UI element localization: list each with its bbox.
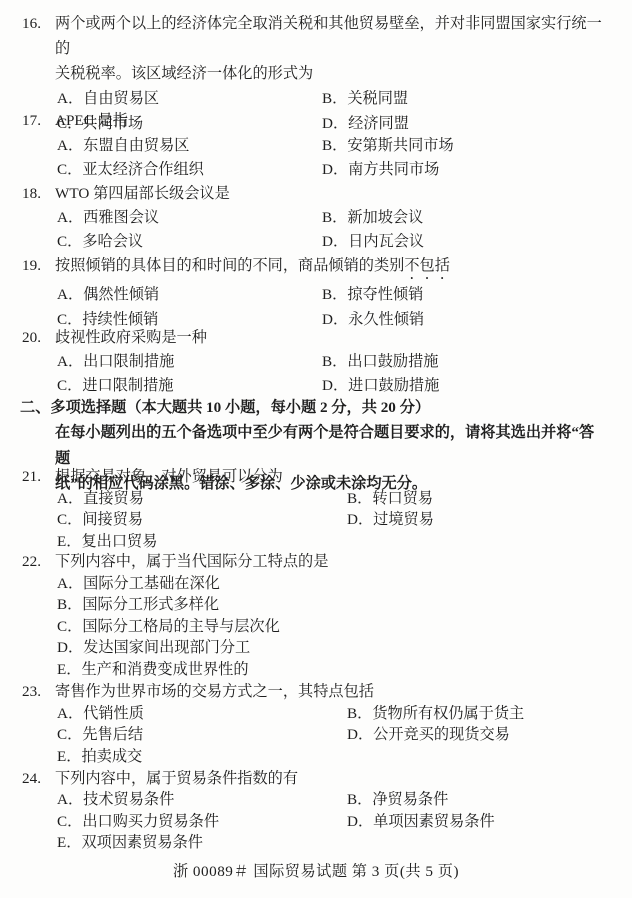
option-24-e: E．双项因素贸易条件 [57,832,203,853]
question-number: 21. [22,466,55,488]
option-20-a: A．出口限制措施 [57,350,322,374]
question-number: 19. [22,254,55,283]
page-footer: 浙 00089＃ 国际贸易试题 第 3 页(共 5 页) [0,862,632,882]
option-24-c: C．出口购买力贸易条件 [57,811,347,832]
question-18-options: A．西雅图会议 B．新加坡会议 C．多哈会议 D．日内瓦会议 [57,206,608,254]
option-row: C．进口限制措施 D．进口鼓励措施 [57,374,608,398]
option-row: C．出口购买力贸易条件 D．单项因素贸易条件 [57,811,608,832]
option-row: C．间接贸易 D．过境贸易 [57,509,608,531]
question-21: 21. 根据交易对象，对外贸易可以分为 A．直接贸易 B．转口贸易 C．间接贸易… [22,466,608,553]
option-23-c: C．先售后结 [57,724,347,746]
question-number: 23. [22,681,55,703]
option-row: A．技术贸易条件 B．净贸易条件 [57,789,608,810]
option-22-a: A．国际分工基础在深化 [57,573,220,595]
option-20-d: D．进口鼓励措施 [322,374,439,398]
question-18: 18. WTO 第四届部长级会议是 A．西雅图会议 B．新加坡会议 C．多哈会议… [22,182,608,254]
option-17-a: A．东盟自由贸易区 [57,134,322,159]
section-2-heading: 二、多项选择题（本大题共 10 小题，每小题 2 分，共 20 分） [20,396,606,420]
question-text: 下列内容中，属于当代国际分工特点的是 [55,551,608,573]
instructions-line: 在每小题列出的五个备选项中至少有两个是符合题目要求的，请将其选出并将“答题 [55,420,607,471]
question-21-head: 21. 根据交易对象，对外贸易可以分为 [22,466,608,488]
question-16-head: 16. 两个或两个以上的经济体完全取消关税和其他贸易壁垒，并对非同盟国家实行统一… [22,11,608,86]
option-16-b: B．关税同盟 [322,86,408,111]
option-row: A．国际分工基础在深化 [57,573,608,595]
question-24: 24. 下列内容中，属于贸易条件指数的有 A．技术贸易条件 B．净贸易条件 C．… [22,768,608,853]
option-21-d: D．过境贸易 [347,509,434,531]
option-22-d: D．发达国家间出现部门分工 [57,637,250,659]
question-17: 17. APEC 是指 A．东盟自由贸易区 B．安第斯共同市场 C．亚太经济合作… [22,109,608,183]
question-text-line: 关税税率。该区域经济一体化的形式为 [55,61,608,86]
question-24-head: 24. 下列内容中，属于贸易条件指数的有 [22,768,608,789]
option-22-c: C．国际分工格局的主导与层次化 [57,616,280,638]
question-22: 22. 下列内容中，属于当代国际分工特点的是 A．国际分工基础在深化 B．国际分… [22,551,608,680]
question-18-head: 18. WTO 第四届部长级会议是 [22,182,608,206]
option-row: A．东盟自由贸易区 B．安第斯共同市场 [57,134,608,159]
option-23-d: D．公开竞买的现货交易 [347,724,510,746]
question-text: 按照倾销的具体目的和时间的不同，商品倾销的类别不包括 [55,254,608,283]
option-19-a: A．偶然性倾销 [57,283,322,308]
question-17-options: A．东盟自由贸易区 B．安第斯共同市场 C．亚太经济合作组织 D．南方共同市场 [57,134,608,183]
option-row: D．发达国家间出现部门分工 [57,637,608,659]
question-text-line: 两个或两个以上的经济体完全取消关税和其他贸易壁垒，并对非同盟国家实行统一的 [55,11,608,61]
question-22-head: 22. 下列内容中，属于当代国际分工特点的是 [22,551,608,573]
option-row: E．双项因素贸易条件 [57,832,608,853]
option-17-b: B．安第斯共同市场 [322,134,454,159]
option-row: A．自由贸易区 B．关税同盟 [57,86,608,111]
option-23-a: A．代销性质 [57,703,347,725]
option-row: A．偶然性倾销 B．掠夺性倾销 [57,283,608,308]
option-row: B．国际分工形式多样化 [57,594,608,616]
question-19: 19. 按照倾销的具体目的和时间的不同，商品倾销的类别不包括 A．偶然性倾销 B… [22,254,608,332]
option-row: E．拍卖成交 [57,746,608,768]
option-17-c: C．亚太经济合作组织 [57,158,322,183]
option-row: C．国际分工格局的主导与层次化 [57,616,608,638]
option-row: A．出口限制措施 B．出口鼓励措施 [57,350,608,374]
option-21-e: E．复出口贸易 [57,531,157,553]
option-row: E．复出口贸易 [57,531,608,553]
question-text-plain: 按照倾销的具体目的和时间的不同，商品倾销的类别 [55,257,404,274]
option-21-b: B．转口贸易 [347,488,433,510]
option-21-a: A．直接贸易 [57,488,347,510]
question-text: APEC 是指 [55,109,608,134]
question-number: 20. [22,326,55,350]
option-17-d: D．南方共同市场 [322,158,439,183]
question-20: 20. 歧视性政府采购是一种 A．出口限制措施 B．出口鼓励措施 C．进口限制措… [22,326,608,398]
question-number: 17. [22,109,55,134]
question-number: 22. [22,551,55,573]
question-19-options: A．偶然性倾销 B．掠夺性倾销 C．持续性倾销 D．永久性倾销 [57,283,608,332]
question-text: 寄售作为世界市场的交易方式之一，其特点包括 [55,681,608,703]
option-20-c: C．进口限制措施 [57,374,322,398]
question-number: 16. [22,11,55,86]
option-22-b: B．国际分工形式多样化 [57,594,219,616]
option-19-b: B．掠夺性倾销 [322,283,423,308]
question-text: 歧视性政府采购是一种 [55,326,608,350]
question-number: 18. [22,182,55,206]
question-23-head: 23. 寄售作为世界市场的交易方式之一，其特点包括 [22,681,608,703]
option-row: A．西雅图会议 B．新加坡会议 [57,206,608,230]
option-row: C．亚太经济合作组织 D．南方共同市场 [57,158,608,183]
question-20-options: A．出口限制措施 B．出口鼓励措施 C．进口限制措施 D．进口鼓励措施 [57,350,608,398]
option-row: E．生产和消费变成世界性的 [57,659,608,681]
option-row: C．多哈会议 D．日内瓦会议 [57,230,608,254]
option-18-a: A．西雅图会议 [57,206,322,230]
exam-page: 16. 两个或两个以上的经济体完全取消关税和其他贸易壁垒，并对非同盟国家实行统一… [0,0,632,898]
option-18-d: D．日内瓦会议 [322,230,424,254]
option-18-c: C．多哈会议 [57,230,322,254]
option-16-a: A．自由贸易区 [57,86,322,111]
question-19-head: 19. 按照倾销的具体目的和时间的不同，商品倾销的类别不包括 [22,254,608,283]
question-text-emphasized: 不包括 [404,257,450,274]
option-row: A．直接贸易 B．转口贸易 [57,488,608,510]
question-24-options: A．技术贸易条件 B．净贸易条件 C．出口购买力贸易条件 D．单项因素贸易条件 … [57,789,608,853]
question-text: 根据交易对象，对外贸易可以分为 [55,466,608,488]
option-23-e: E．拍卖成交 [57,746,142,768]
option-24-a: A．技术贸易条件 [57,789,347,810]
option-row: C．先售后结 D．公开竞买的现货交易 [57,724,608,746]
question-21-options: A．直接贸易 B．转口贸易 C．间接贸易 D．过境贸易 E．复出口贸易 [57,488,608,553]
option-21-c: C．间接贸易 [57,509,347,531]
question-20-head: 20. 歧视性政府采购是一种 [22,326,608,350]
question-number: 24. [22,768,55,789]
option-18-b: B．新加坡会议 [322,206,423,230]
option-23-b: B．货物所有权仍属于货主 [347,703,524,725]
option-24-b: B．净贸易条件 [347,789,448,810]
question-22-options: A．国际分工基础在深化 B．国际分工形式多样化 C．国际分工格局的主导与层次化 … [57,573,608,681]
question-23: 23. 寄售作为世界市场的交易方式之一，其特点包括 A．代销性质 B．货物所有权… [22,681,608,768]
question-text: 下列内容中，属于贸易条件指数的有 [55,768,608,789]
option-row: A．代销性质 B．货物所有权仍属于货主 [57,703,608,725]
option-22-e: E．生产和消费变成世界性的 [57,659,249,681]
question-17-head: 17. APEC 是指 [22,109,608,134]
question-text: WTO 第四届部长级会议是 [55,182,608,206]
question-text: 两个或两个以上的经济体完全取消关税和其他贸易壁垒，并对非同盟国家实行统一的 关税… [55,11,608,86]
option-24-d: D．单项因素贸易条件 [347,811,495,832]
option-20-b: B．出口鼓励措施 [322,350,438,374]
question-23-options: A．代销性质 B．货物所有权仍属于货主 C．先售后结 D．公开竞买的现货交易 E… [57,703,608,768]
